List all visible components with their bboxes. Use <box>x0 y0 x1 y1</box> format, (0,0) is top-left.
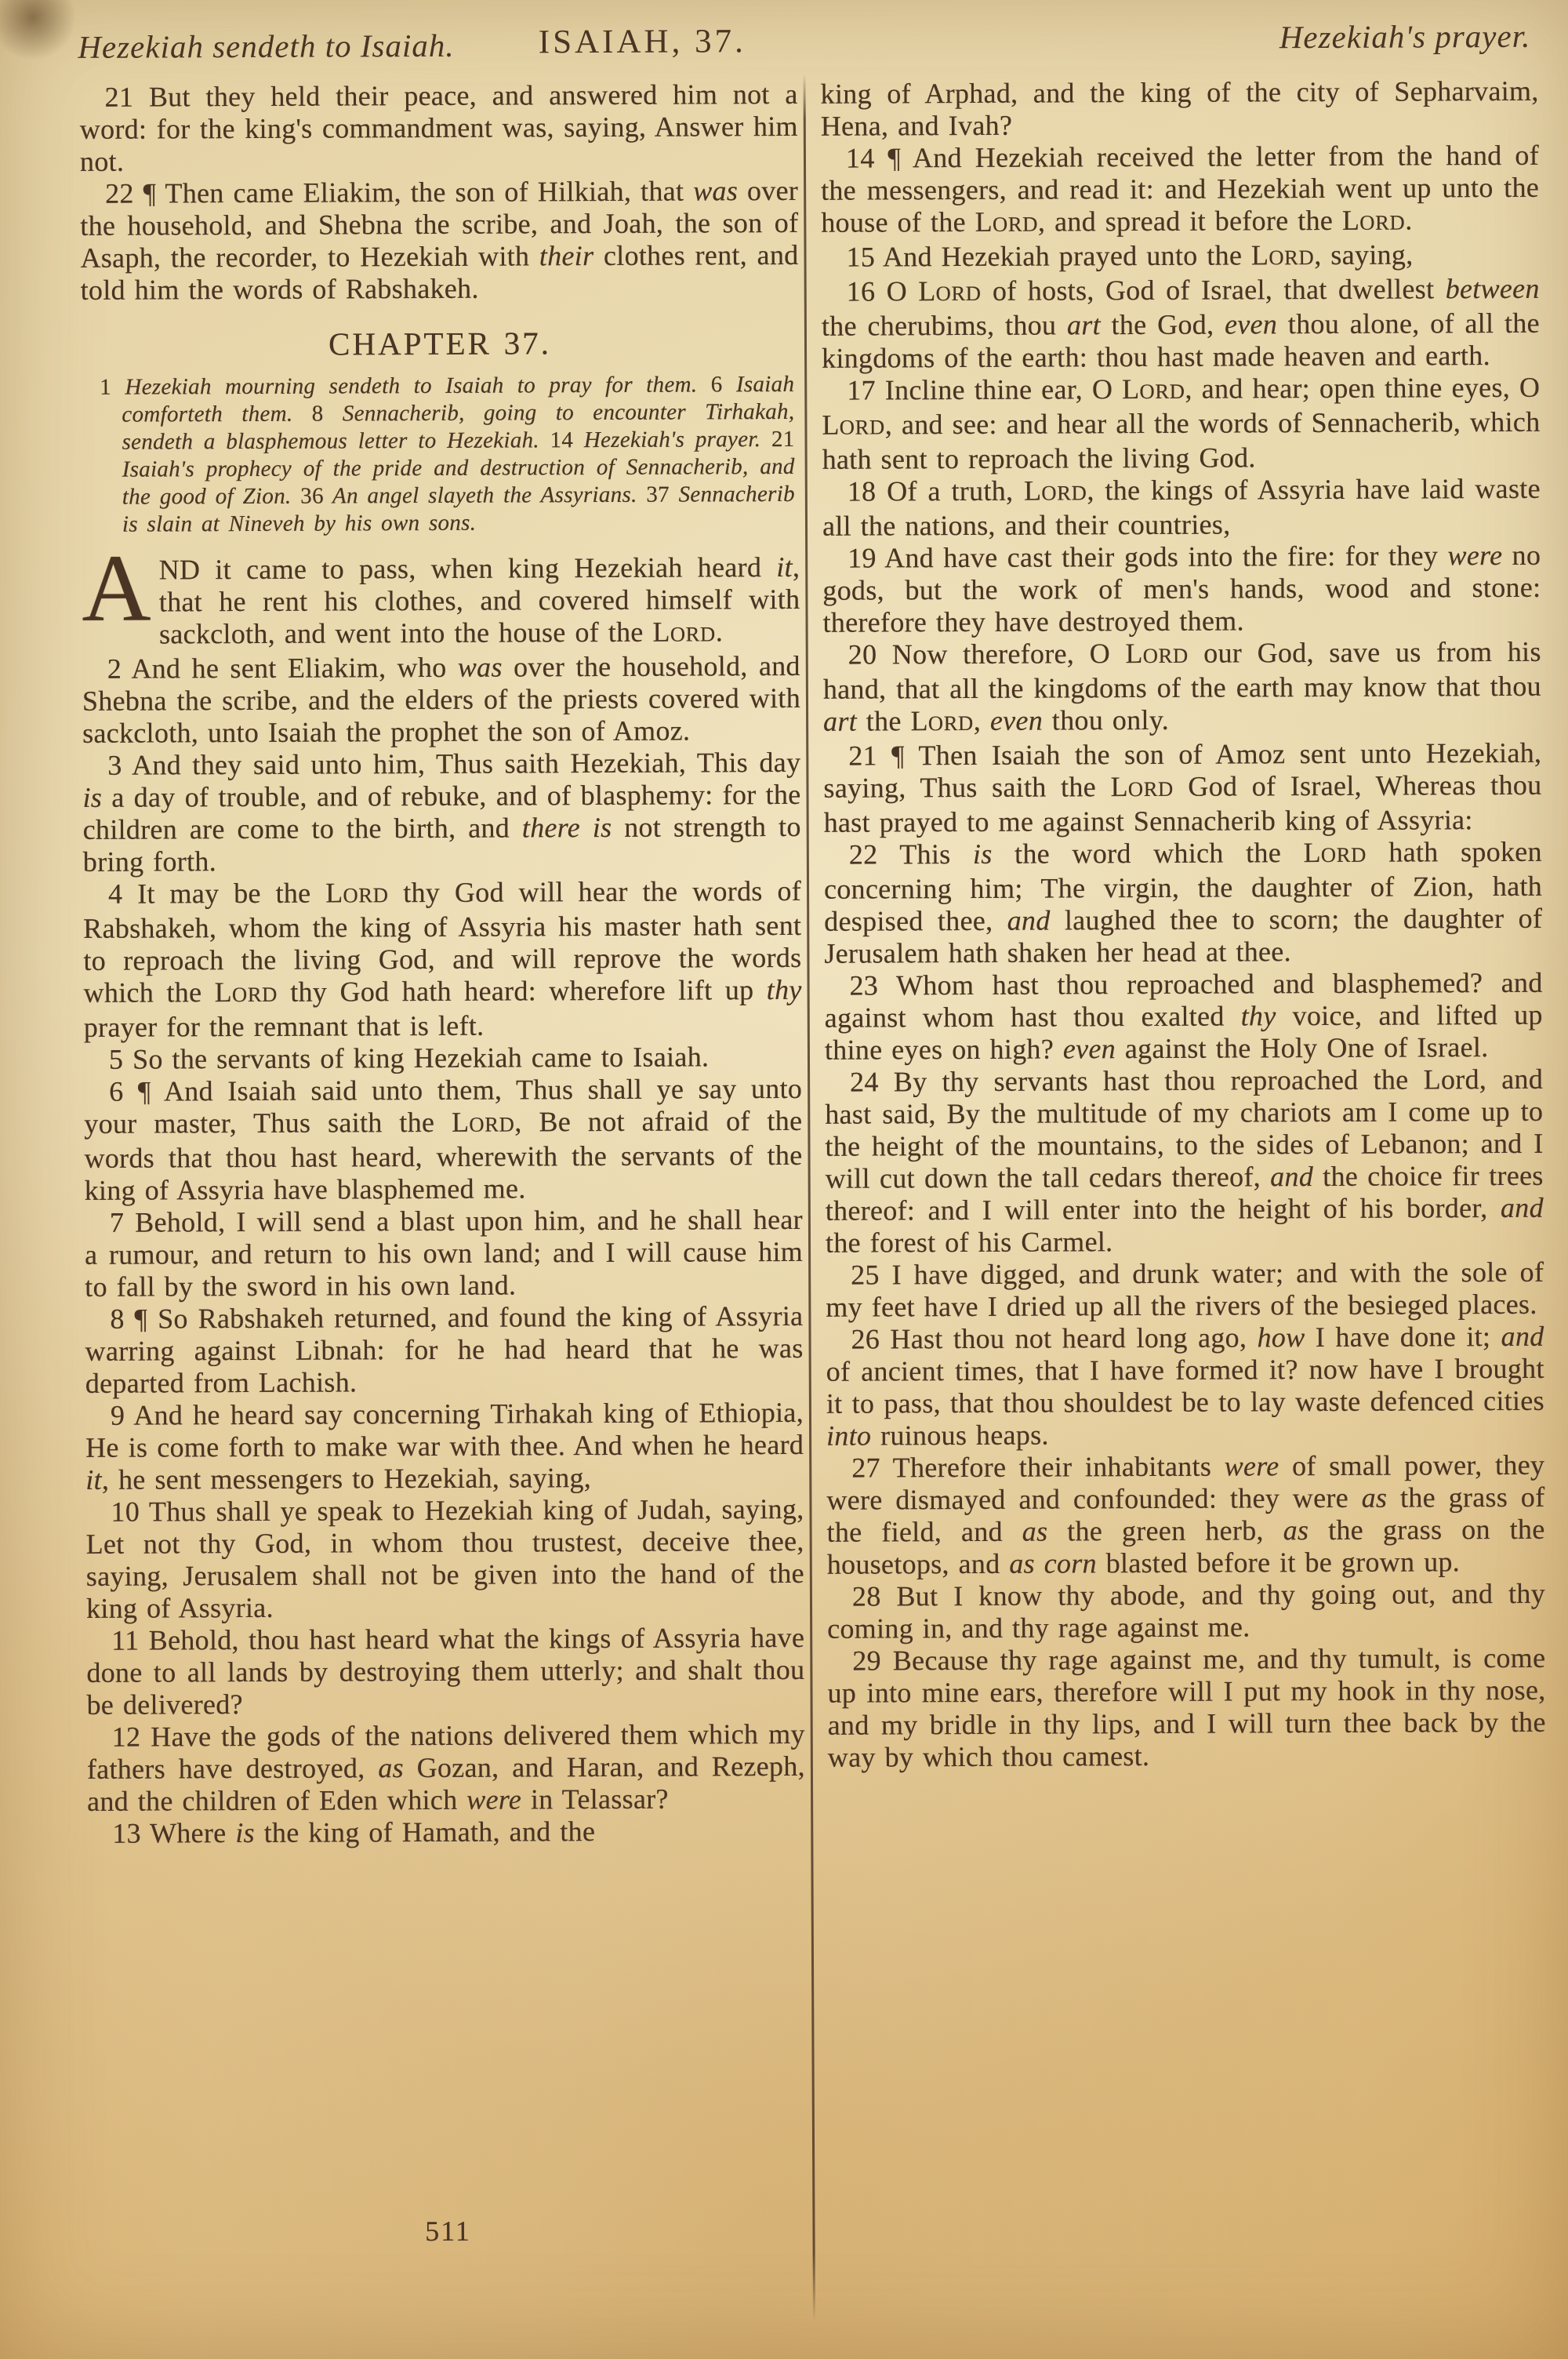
running-head-right: Hezekiah's prayer. <box>1279 17 1531 56</box>
verse-paragraph: 2 And he sent Eliakim, who was over the … <box>82 650 801 750</box>
lord-smallcaps: LORD <box>910 705 973 736</box>
verse-paragraph: AND it came to pass, when king Hezekiah … <box>82 551 800 653</box>
running-head-title: ISAIAH, 37. <box>454 22 830 62</box>
lord-smallcaps: LORD <box>1251 239 1314 271</box>
drop-cap-initial: A <box>82 554 159 620</box>
verse-paragraph: 25 I have digged, and drunk water; and w… <box>826 1256 1544 1324</box>
running-head-left: Hezekiah sendeth to Isaiah. <box>78 27 454 66</box>
verse-paragraph: 10 Thus shall ye speak to Hezekiah king … <box>85 1493 804 1625</box>
chapter-summary: 1 Hezekiah mourning sendeth to Isaiah to… <box>85 371 795 539</box>
verse-paragraph: 24 By thy servants hast thou reproached … <box>825 1063 1544 1259</box>
verse-paragraph: 8 ¶ So Rabshakeh returned, and found the… <box>85 1300 804 1400</box>
verse-paragraph: 3 And they said unto him, Thus saith Hez… <box>82 747 801 878</box>
lord-smallcaps: LORD <box>1303 837 1366 868</box>
lord-smallcaps: LORD <box>215 976 278 1008</box>
verse-paragraph: 26 Hast thou not heard long ago, how I h… <box>826 1321 1544 1452</box>
verse-paragraph: 23 Whom hast thou reproached and blasphe… <box>824 967 1543 1067</box>
verse-paragraph: 12 Have the gods of the nations delivere… <box>87 1718 806 1818</box>
running-head: Hezekiah sendeth to Isaiah. ISAIAH, 37. … <box>78 17 1530 74</box>
verse-paragraph: 27 Therefore their inhabitants were of s… <box>826 1449 1545 1581</box>
bible-page-scan: Hezekiah sendeth to Isaiah. ISAIAH, 37. … <box>0 0 1568 2359</box>
verse-paragraph: 18 Of a truth, LORD, the kings of Assyri… <box>822 473 1541 543</box>
continuation-paragraph: king of Arphad, and the king of the city… <box>821 75 1539 143</box>
verse-paragraph: 21 ¶ Then Isaiah the son of Amoz sent un… <box>823 737 1542 839</box>
verse-paragraph: 17 Incline thine ear, O LORD, and hear; … <box>822 372 1541 476</box>
lord-smallcaps: LORD <box>325 877 388 908</box>
verse-paragraph: 19 And have cast their gods into the fir… <box>822 540 1541 639</box>
verse-paragraph: 22 This is the word which the LORD hath … <box>824 836 1543 970</box>
lord-smallcaps: LORD <box>1125 638 1188 669</box>
verse-paragraph: 5 So the servants of king Hezekiah came … <box>84 1041 802 1076</box>
lord-smallcaps: LORD <box>652 616 715 647</box>
lord-smallcaps: LORD <box>975 206 1038 238</box>
lord-smallcaps: LORD <box>1342 205 1405 236</box>
verse-paragraph: 21 But they held their peace, and answer… <box>80 78 799 178</box>
lord-smallcaps: LORD <box>822 409 884 440</box>
verse-paragraph: 4 It may be the LORD thy God will hear t… <box>83 875 802 1044</box>
verse-paragraph: 20 Now therefore, O LORD our God, save u… <box>823 636 1542 740</box>
verse-paragraph: 28 But I know thy abode, and thy going o… <box>827 1578 1545 1645</box>
verse-paragraph: 22 ¶ Then came Eliakim, the son of Hilki… <box>80 175 799 307</box>
verse-paragraph: 6 ¶ And Isaiah said unto them, Thus shal… <box>84 1073 803 1207</box>
verse-paragraph: 15 And Hezekiah prayed unto the LORD, sa… <box>821 238 1539 276</box>
verse-paragraph: 16 O LORD of hosts, God of Israel, that … <box>822 273 1541 375</box>
verse-paragraph: 14 ¶ And Hezekiah received the letter fr… <box>821 140 1540 242</box>
left-column: 21 But they held their peace, and answer… <box>80 78 806 1850</box>
verse-paragraph: 7 Behold, I will send a blast upon him, … <box>85 1204 804 1303</box>
lord-smallcaps: LORD <box>452 1107 514 1138</box>
column-divider-rule <box>804 74 816 2321</box>
right-column: king of Arphad, and the king of the city… <box>821 75 1546 1774</box>
chapter-heading: CHAPTER 37. <box>81 324 799 363</box>
page-tilt-wrapper: Hezekiah sendeth to Isaiah. ISAIAH, 37. … <box>0 0 1568 2359</box>
lord-smallcaps: LORD <box>1024 474 1087 506</box>
page-number: 511 <box>89 2213 807 2249</box>
lord-smallcaps: LORD <box>1122 373 1185 405</box>
verse-paragraph: 9 And he heard say concerning Tirhakah k… <box>85 1397 804 1496</box>
verse-paragraph: 13 Where is the king of Hamath, and the <box>87 1815 805 1850</box>
lord-smallcaps: LORD <box>918 275 981 307</box>
verse-paragraph: 11 Behold, thou hast heard what the king… <box>86 1622 805 1721</box>
lord-smallcaps: LORD <box>1110 771 1173 802</box>
verse-paragraph: 29 Because thy rage against me, and thy … <box>827 1642 1546 1774</box>
